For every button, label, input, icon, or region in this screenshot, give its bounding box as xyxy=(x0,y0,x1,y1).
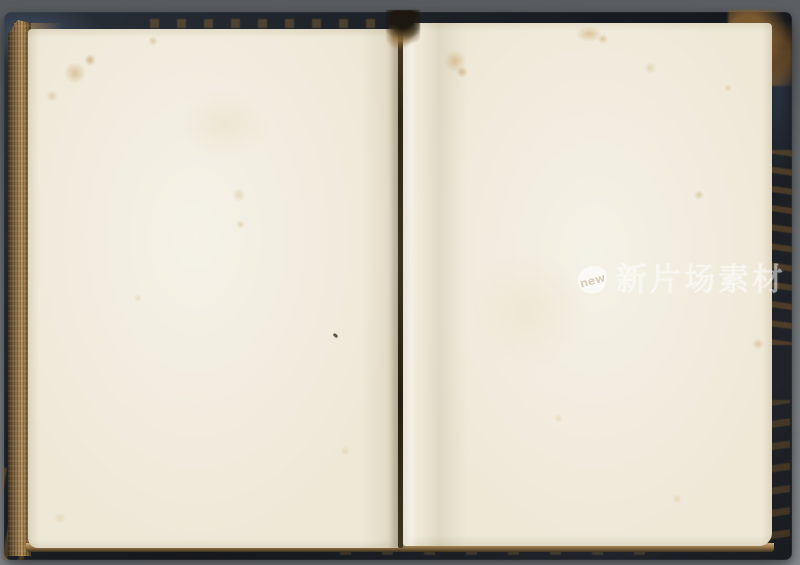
photo-of-open-blank-book: new 新片场素材 xyxy=(0,0,800,565)
left-page xyxy=(28,29,401,548)
book-gutter xyxy=(398,22,403,548)
right-page xyxy=(403,23,772,546)
